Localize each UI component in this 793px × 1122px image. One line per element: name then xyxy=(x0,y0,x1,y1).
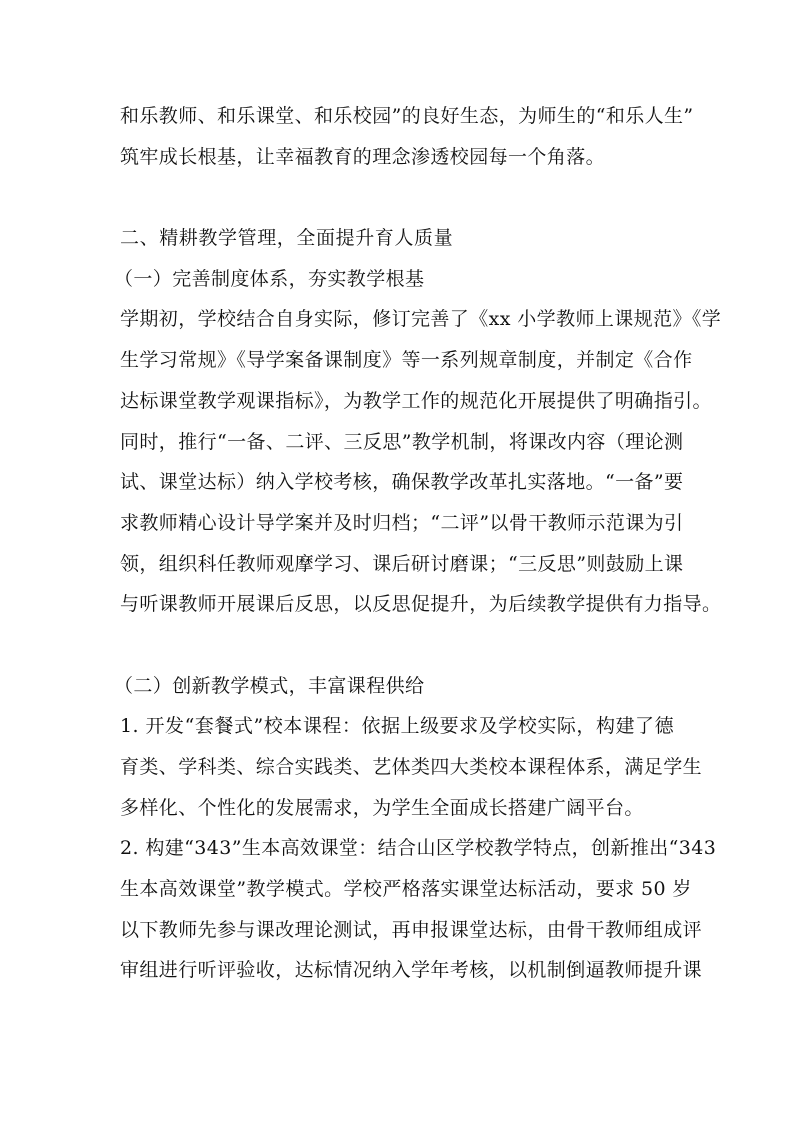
subsection-1-paragraph: 学期初，学校结合自身实际，修订完善了《xx 小学教师上课规范》《学 生学习常规》… xyxy=(120,299,674,625)
subsection-heading: （一）完善制度体系，夯实教学根基 xyxy=(114,259,674,300)
text-line: 学期初，学校结合自身实际，修订完善了《xx 小学教师上课规范》《学 xyxy=(120,299,674,340)
intro-paragraph: 和乐教师、和乐课堂、和乐校园”的良好生态，为师生的“和乐人生” 筑牢成长根基，让… xyxy=(120,96,674,177)
text-line: 筑牢成长根基，让幸福教育的理念渗透校园每一个角落。 xyxy=(120,137,674,178)
blank-line xyxy=(120,625,674,666)
list-item-2: 2. 构建“343”生本高效课堂：结合山区学校教学特点，创新推出“343 生本高… xyxy=(120,828,674,991)
text-line: 求教师精心设计导学案并及时归档；“二评”以骨干教师示范课为引 xyxy=(120,503,674,544)
text-line: 多样化、个性化的发展需求，为学生全面成长搭建广阔平台。 xyxy=(120,788,674,829)
text-line: 达标课堂教学观课指标》，为教学工作的规范化开展提供了明确指引。 xyxy=(120,381,674,422)
text-line: 领，组织科任教师观摩学习、课后研讨磨课；“三反思”则鼓励上课 xyxy=(120,544,674,585)
text-line: 与听课教师开展课后反思，以反思促提升，为后续教学提供有力指导。 xyxy=(120,584,674,625)
text-line: 生学习常规》《导学案备课制度》等一系列规章制度，并制定《合作 xyxy=(120,340,674,381)
text-line: 试、课堂达标）纳入学校考核，确保教学改革扎实落地。“一备”要 xyxy=(120,462,674,503)
text-line: 审组进行听评验收，达标情况纳入学年考核，以机制倒逼教师提升课 xyxy=(120,950,674,991)
list-item-1: 1. 开发“套餐式”校本课程：依据上级要求及学校实际，构建了德 育类、学科类、综… xyxy=(120,706,674,828)
text-line: 生本高效课堂”教学模式。学校严格落实课堂达标活动，要求 50 岁 xyxy=(120,869,674,910)
text-line: 同时，推行“一备、二评、三反思”教学机制，将课改内容（理论测 xyxy=(120,422,674,463)
document-page: 和乐教师、和乐课堂、和乐校园”的良好生态，为师生的“和乐人生” 筑牢成长根基，让… xyxy=(120,96,674,991)
subsection-heading: （二）创新教学模式，丰富课程供给 xyxy=(114,666,674,707)
text-line: 和乐教师、和乐课堂、和乐校园”的良好生态，为师生的“和乐人生” xyxy=(120,96,674,137)
text-line: 育类、学科类、综合实践类、艺体类四大类校本课程体系，满足学生 xyxy=(120,747,674,788)
blank-line xyxy=(120,177,674,218)
text-line: 1. 开发“套餐式”校本课程：依据上级要求及学校实际，构建了德 xyxy=(120,706,674,747)
section-heading: 二、精耕教学管理，全面提升育人质量 xyxy=(120,218,674,259)
text-line: 2. 构建“343”生本高效课堂：结合山区学校教学特点，创新推出“343 xyxy=(120,828,674,869)
text-line: 以下教师先参与课改理论测试，再申报课堂达标，由骨干教师组成评 xyxy=(120,910,674,951)
